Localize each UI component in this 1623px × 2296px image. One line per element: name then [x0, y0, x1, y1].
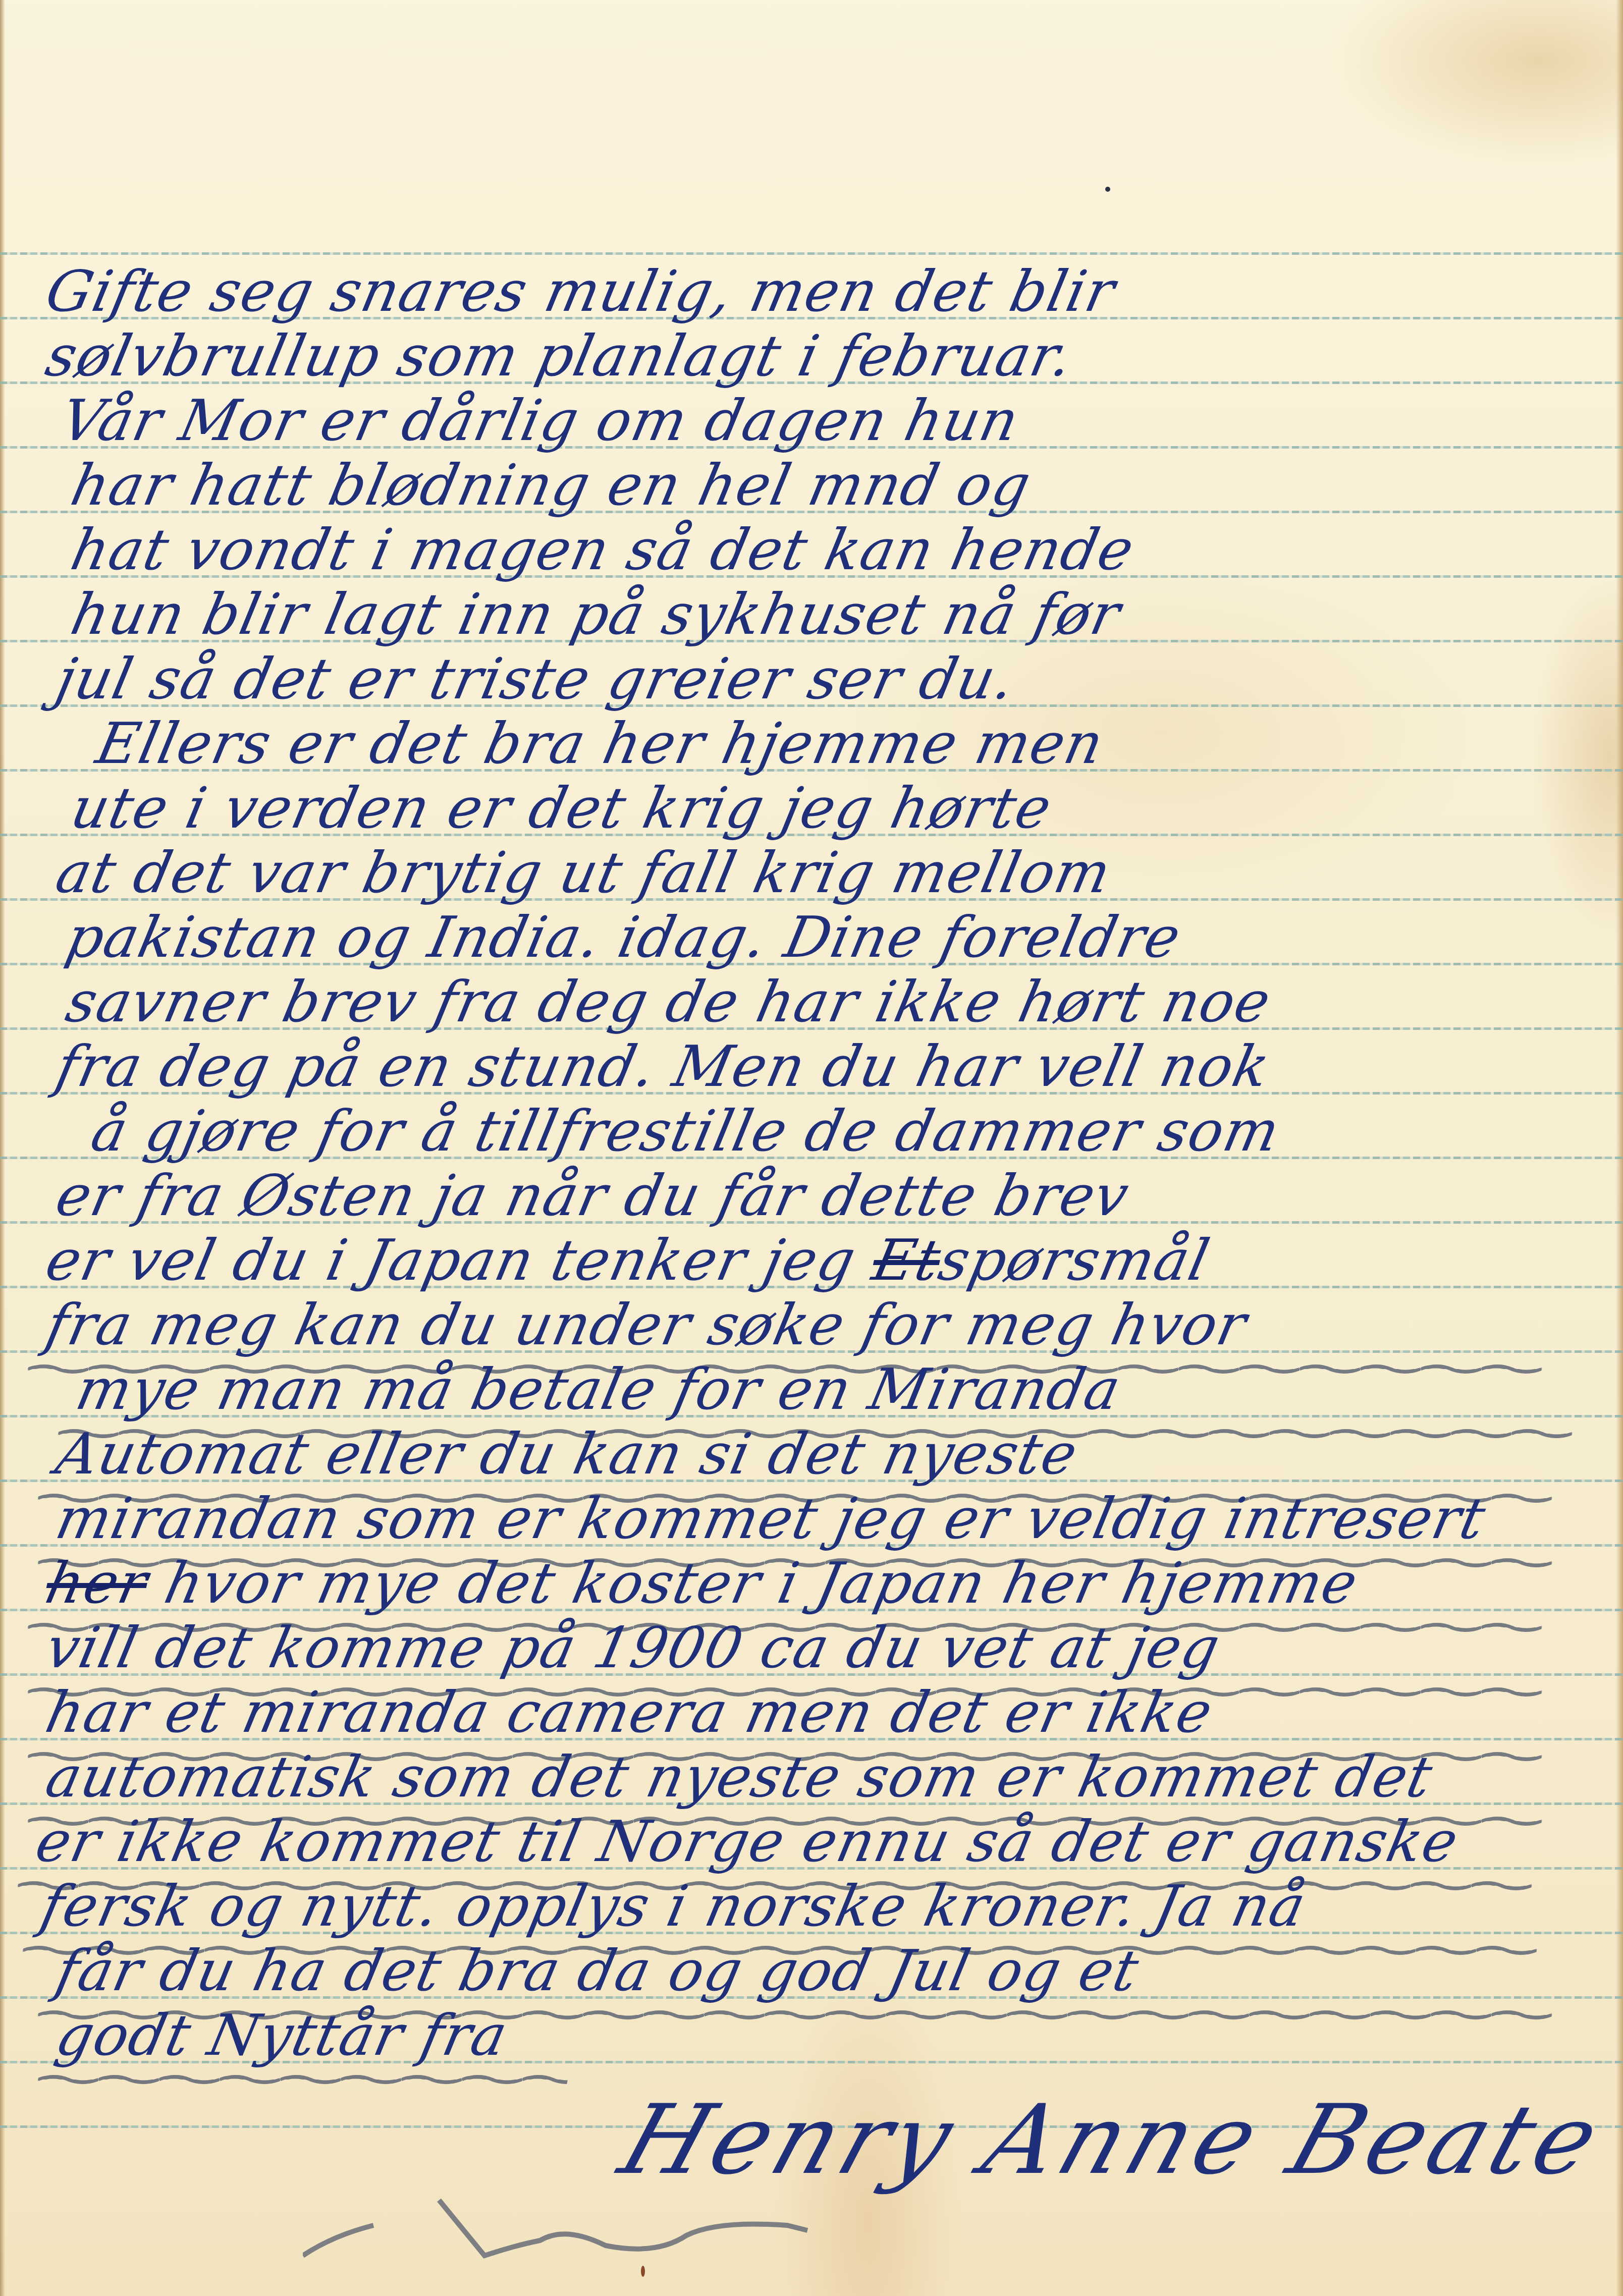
letter-line: mye man må betale for en Miranda	[0, 1357, 1623, 1422]
letter-line: er vel du i Japan tenker jeg Et spørsmål	[0, 1228, 1623, 1293]
letter-line: Automat eller du kan si det nyeste	[0, 1422, 1623, 1487]
letter-line: har et miranda camera men det er ikke	[0, 1680, 1623, 1745]
ink-speck	[641, 2266, 645, 2277]
letter-line: godt Nyttår fra	[0, 2003, 1623, 2068]
line-text: hun blir lagt inn på sykhuset nå før	[66, 582, 1127, 647]
line-text: Ellers er det bra her hjemme men	[91, 712, 1110, 776]
line-text: fra deg på en stund. Men du har vell nok	[50, 1034, 1276, 1099]
ink-speck	[1105, 187, 1110, 192]
signature: Henry Anne Beate	[608, 2084, 1617, 2196]
letter-line: er ikke kommet til Norge ennu så det er …	[0, 1810, 1623, 1874]
letter-line: fra meg kan du under søke for meg hvor	[0, 1293, 1623, 1357]
line-text: hvor mye det koster i Japan her hjemme	[159, 1551, 1364, 1616]
letter-line: ute i verden er det krig jeg hørte	[0, 776, 1623, 841]
letter-line: savner brev fra deg de har ikke hørt noe	[0, 970, 1623, 1034]
line-text: automatisk som det nyeste som er kommet …	[40, 1745, 1438, 1810]
line-text: er ikke kommet til Norge ennu så det er …	[30, 1810, 1465, 1874]
letter-line: hun blir lagt inn på sykhuset nå før	[0, 582, 1623, 647]
line-text: sølvbrullup som planlagt i februar.	[40, 324, 1079, 389]
letter-line: fersk og nytt. opplys i norske kroner. J…	[0, 1874, 1623, 1939]
letter-line: automatisk som det nyeste som er kommet …	[0, 1745, 1623, 1810]
letter-line: har hatt blødning en hel mnd og	[0, 453, 1623, 518]
signature-flourish	[303, 2190, 1514, 2291]
letter-line: her hvor mye det koster i Japan her hjem…	[0, 1551, 1623, 1616]
line-text: ute i verden er det krig jeg hørte	[66, 776, 1058, 841]
line-text: har et miranda camera men det er ikke	[40, 1680, 1219, 1745]
line-text: mirandan som er kommet jeg er veldig int…	[50, 1487, 1492, 1551]
letter-line: jul så det er triste greier ser du.	[0, 647, 1623, 712]
line-text: Vår Mor er dårlig om dagen hun	[56, 389, 1025, 453]
line-text: savner brev fra deg de har ikke hørt noe	[61, 970, 1277, 1034]
line-text: har hatt blødning en hel mnd og	[66, 453, 1037, 518]
line-text: får du ha det bra da og god Jul og et	[50, 1939, 1145, 2003]
line-text: fra meg kan du under søke for meg hvor	[40, 1293, 1253, 1357]
letter-line: fra deg på en stund. Men du har vell nok	[0, 1034, 1623, 1099]
letter-line: pakistan og India. idag. Dine foreldre	[0, 905, 1623, 970]
letter-line: er fra Østen ja når du får dette brev	[0, 1164, 1623, 1228]
line-text: fersk og nytt. opplys i norske kroner. J…	[35, 1874, 1312, 1939]
line-text: hat vondt i magen så det kan hende	[66, 518, 1140, 582]
letter-line: sølvbrullup som planlagt i februar.	[0, 324, 1623, 389]
letter-line: Gifte seg snares mulig, men det blir	[0, 259, 1623, 324]
line-text: godt Nyttår fra	[50, 2003, 514, 2068]
letter-line: å gjøre for å tillfrestille de dammer so…	[0, 1099, 1623, 1164]
line-text: mye man må betale for en Miranda	[71, 1357, 1127, 1422]
letter-line: Ellers er det bra her hjemme men	[0, 712, 1623, 776]
letter-line: vill det komme på 1900 ca du vet at jeg	[0, 1616, 1623, 1680]
line-text: at det var brytig ut fall krig mellom	[50, 841, 1117, 905]
line-text-after: spørsmål	[933, 1228, 1216, 1293]
line-text: å gjøre for å tillfrestille de dammer so…	[86, 1099, 1286, 1164]
line-text: er fra Østen ja når du får dette brev	[50, 1164, 1135, 1228]
letter-line: mirandan som er kommet jeg er veldig int…	[0, 1487, 1623, 1551]
line-text: Automat eller du kan si det nyeste	[50, 1422, 1084, 1487]
line-text: er vel du i Japan tenker jeg	[40, 1228, 862, 1293]
letter-line: hat vondt i magen så det kan hende	[0, 518, 1623, 582]
letter-line: at det var brytig ut fall krig mellom	[0, 841, 1623, 905]
letter-line: får du ha det bra da og god Jul og et	[0, 1939, 1623, 2003]
line-text: pakistan og India. idag. Dine foreldre	[61, 905, 1187, 970]
line-text: jul så det er triste greier ser du.	[50, 647, 1021, 712]
letter-line: Vår Mor er dårlig om dagen hun	[0, 389, 1623, 453]
line-text: Gifte seg snares mulig, men det blir	[40, 259, 1121, 324]
ruled-line	[0, 252, 1623, 255]
struck-word: her	[40, 1551, 154, 1616]
letter-page: Gifte seg snares mulig, men det blir søl…	[0, 0, 1623, 2296]
line-text: vill det komme på 1900 ca du vet at jeg	[40, 1616, 1226, 1680]
